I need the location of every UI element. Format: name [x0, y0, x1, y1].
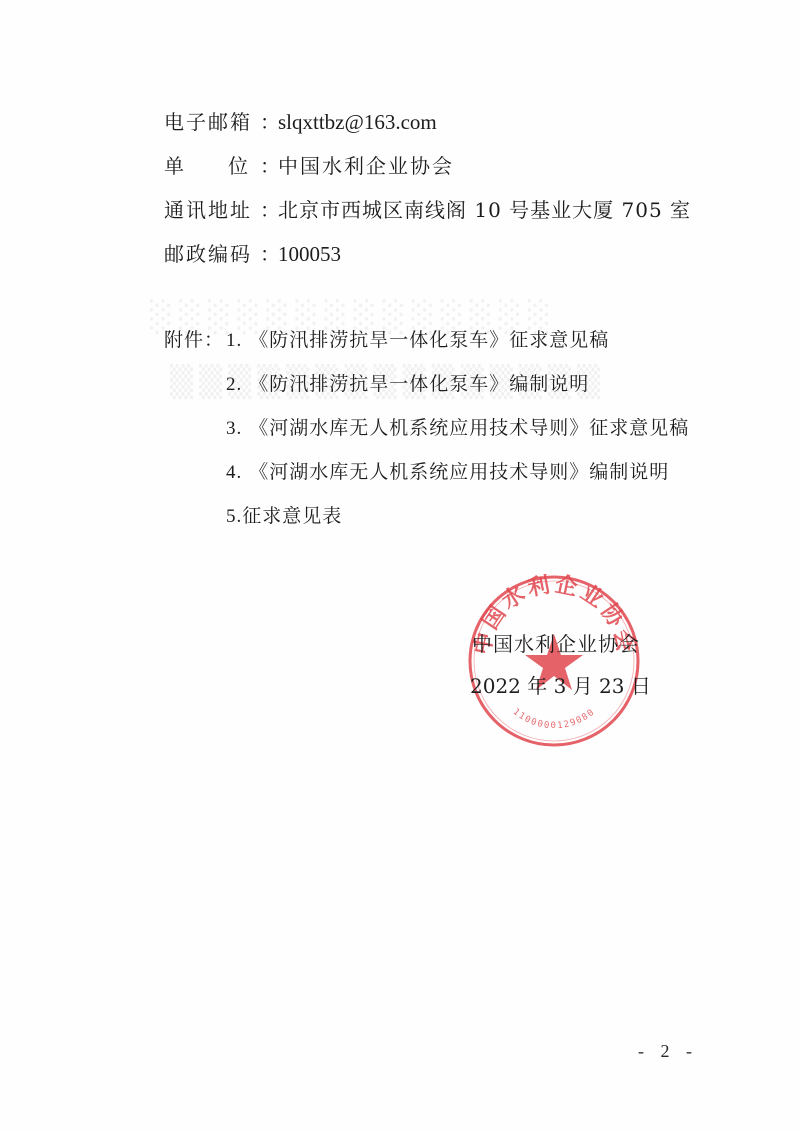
address-label: 通讯地址 [164, 200, 260, 220]
attachment-item-3: 3. 《河湖水库无人机系统应用技术导则》征求意见稿 [164, 413, 689, 440]
unit-colon: ： [260, 156, 278, 176]
contact-email-row: 电子邮箱：slqxttbz@163.com [164, 112, 437, 133]
attachment-number: 5. [226, 506, 242, 527]
attachment-item-2: 2. 《防汛排涝抗旱一体化泵车》编制说明 [164, 369, 589, 396]
attachment-item-4: 4. 《河湖水库无人机系统应用技术导则》编制说明 [164, 457, 669, 484]
document-page: ░░░░░░░░░░░░░░ ▒▒▒▒▒▒▒▒▒▒▒▒▒▒▒ 电子邮箱：slqx… [0, 0, 800, 1132]
attachment-title: 《河湖水库无人机系统应用技术导则》编制说明 [249, 461, 669, 483]
page-number: - 2 - [638, 1041, 698, 1062]
attachment-number: 1. [226, 330, 242, 351]
attachment-item-5: 5.征求意见表 [164, 501, 342, 528]
contact-postcode-row: 邮政编码：100053 [164, 244, 341, 265]
email-label: 电子邮箱 [164, 112, 260, 132]
attachment-title: 《防汛排涝抗旱一体化泵车》征求意见稿 [249, 329, 609, 351]
seal-serial-text: 1100000129080 [511, 707, 598, 731]
unit-value: 中国水利企业协会 [278, 154, 454, 178]
unit-label: 单位 [164, 156, 260, 176]
attachment-number: 4. [226, 462, 242, 483]
attachment-item-1: 附件：1. 《防汛排涝抗旱一体化泵车》征求意见稿 [164, 325, 609, 352]
attachment-title: 《河湖水库无人机系统应用技术导则》征求意见稿 [249, 417, 689, 439]
address-colon: ： [260, 200, 278, 220]
email-colon: ： [260, 112, 278, 132]
unit-label-last: 位 [228, 154, 248, 178]
email-value[interactable]: slqxttbz@163.com [278, 110, 437, 134]
signature-organization: 中国水利企业协会 [472, 628, 640, 657]
official-seal-icon: 中国水利企业协会 1100000129080 [464, 572, 644, 750]
postcode-value: 100053 [278, 242, 341, 266]
attachment-number: 2. [226, 374, 242, 395]
attachment-number: 3. [226, 418, 242, 439]
contact-unit-row: 单位：中国水利企业协会 [164, 156, 454, 176]
postcode-colon: ： [260, 244, 278, 264]
signature-date: 2022 年 3 月 23 日 [470, 670, 651, 699]
contact-address-row: 通讯地址：北京市西城区南线阁 10 号基业大厦 705 室 [164, 200, 691, 220]
address-value: 北京市西城区南线阁 10 号基业大厦 705 室 [278, 198, 691, 222]
attachment-title: 征求意见表 [242, 505, 342, 527]
attachment-title: 《防汛排涝抗旱一体化泵车》编制说明 [249, 373, 589, 395]
unit-label-first: 单 [164, 156, 228, 176]
svg-text:1100000129080: 1100000129080 [511, 707, 598, 731]
postcode-label: 邮政编码 [164, 244, 260, 264]
attachments-heading: 附件： [164, 325, 226, 352]
